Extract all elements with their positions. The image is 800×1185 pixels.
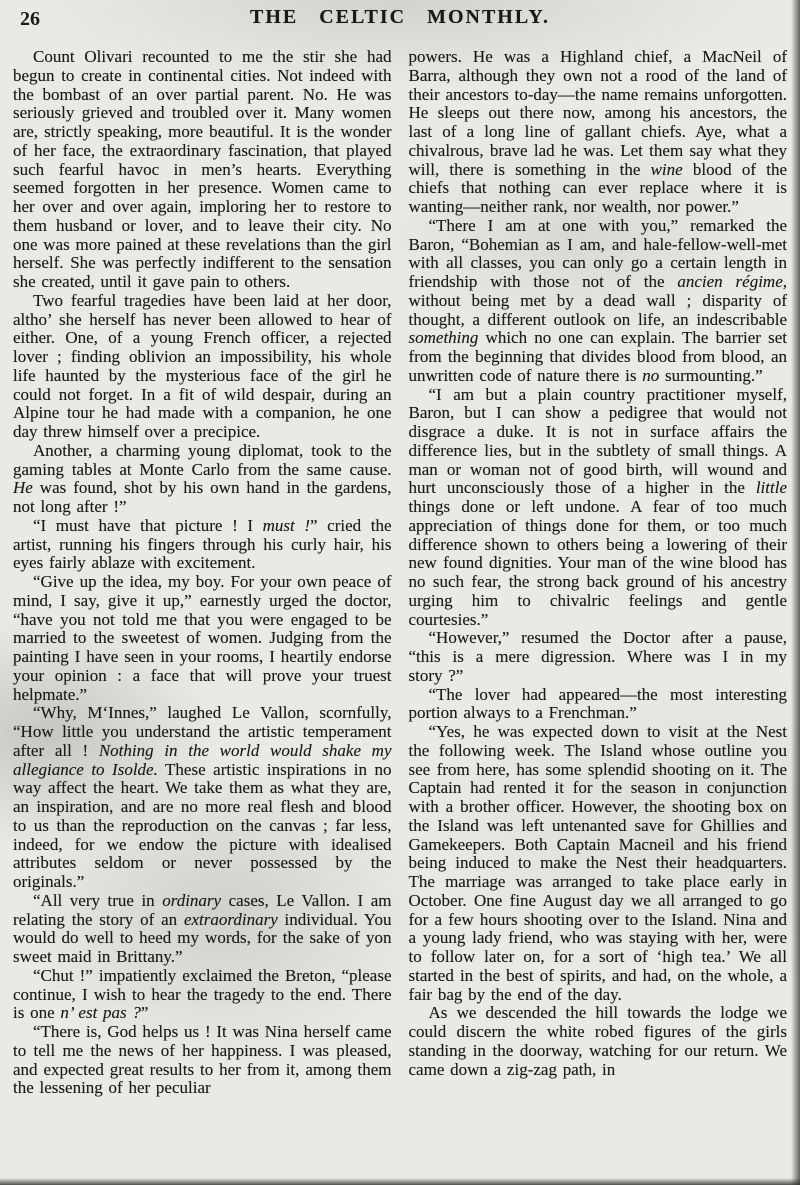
paragraph: “Yes, he was expected down to visit at t… (409, 723, 788, 1004)
body-text: “Give up the idea, my boy. For your own … (13, 572, 392, 704)
paragraph: “Give up the idea, my boy. For your own … (13, 573, 392, 704)
paragraph: “Why, M‘Innes,” laughed Le Vallon, scorn… (13, 704, 392, 892)
paragraph: Count Olivari recounted to me the stir s… (13, 48, 392, 292)
magazine-page: 26 THE CELTIC MONTHLY. Count Olivari rec… (0, 0, 800, 1185)
page-title: THE CELTIC MONTHLY. (0, 6, 800, 29)
paragraph: “I am but a plain country practitioner m… (409, 386, 788, 630)
paragraph: “I must have that picture ! I must !” cr… (13, 517, 392, 573)
body-text: was found, shot by his own hand in the g… (13, 478, 392, 516)
paragraph: “All very true in ordinary cases, Le Val… (13, 892, 392, 967)
page-number: 26 (20, 8, 40, 31)
italic-text: wine (651, 160, 683, 179)
paragraph: powers. He was a Highland chief, a MacNe… (409, 48, 788, 217)
body-text: things done or left undone. A fear of to… (409, 497, 788, 629)
article-body: Count Olivari recounted to me the stir s… (13, 48, 787, 1098)
scan-edge-shadow-bottom (0, 1178, 800, 1185)
body-text: These artistic inspirations in no way af… (13, 760, 392, 892)
paragraph: As we descended the hill towards the lod… (409, 1004, 788, 1079)
paragraph: “Chut !” impatiently exclaimed the Breto… (13, 967, 392, 1023)
italic-text: something (409, 328, 479, 347)
body-text: “I am but a plain country practitioner m… (409, 385, 788, 498)
body-text: Another, a charming young diplomat, took… (13, 441, 392, 479)
body-text: Two fearful tragedies have been laid at … (13, 291, 392, 441)
italic-text: no (642, 366, 659, 385)
body-text: Count Olivari recounted to me the stir s… (13, 47, 392, 291)
body-text: “All very true in (33, 891, 162, 910)
paragraph: “The lover had appeared—the most interes… (409, 686, 788, 724)
body-text: “The lover had appeared—the most interes… (409, 685, 788, 723)
body-text: “However,” resumed the Doctor after a pa… (409, 628, 788, 685)
page-header: 26 THE CELTIC MONTHLY. (0, 6, 800, 40)
paragraph: “There is, God helps us ! It was Nina he… (13, 1023, 392, 1098)
body-text: As we descended the hill towards the lod… (409, 1003, 788, 1078)
paragraph: “However,” resumed the Doctor after a pa… (409, 629, 788, 685)
body-text: surmounting.” (659, 366, 763, 385)
italic-text: extraordinary (184, 910, 278, 929)
body-text: “I must have that picture ! I (33, 516, 263, 535)
italic-text: little (756, 478, 787, 497)
body-text: ” (141, 1003, 149, 1022)
italic-text: ordinary (162, 891, 221, 910)
italic-text: must ! (263, 516, 310, 535)
scan-edge-shadow-right (791, 0, 800, 1185)
italic-text: n’ est pas ? (60, 1003, 141, 1022)
paragraph: “There I am at one with you,” remarked t… (409, 217, 788, 386)
column-left: Count Olivari recounted to me the stir s… (13, 48, 392, 1098)
column-right: powers. He was a Highland chief, a MacNe… (409, 48, 788, 1098)
paragraph: Another, a charming young diplomat, took… (13, 442, 392, 517)
italic-text: He (13, 478, 33, 497)
italic-text: ancien régime (677, 272, 782, 291)
paragraph: Two fearful tragedies have been laid at … (13, 292, 392, 442)
body-text: “There is, God helps us ! It was Nina he… (13, 1022, 392, 1097)
body-text: “Yes, he was expected down to visit at t… (409, 722, 788, 1004)
